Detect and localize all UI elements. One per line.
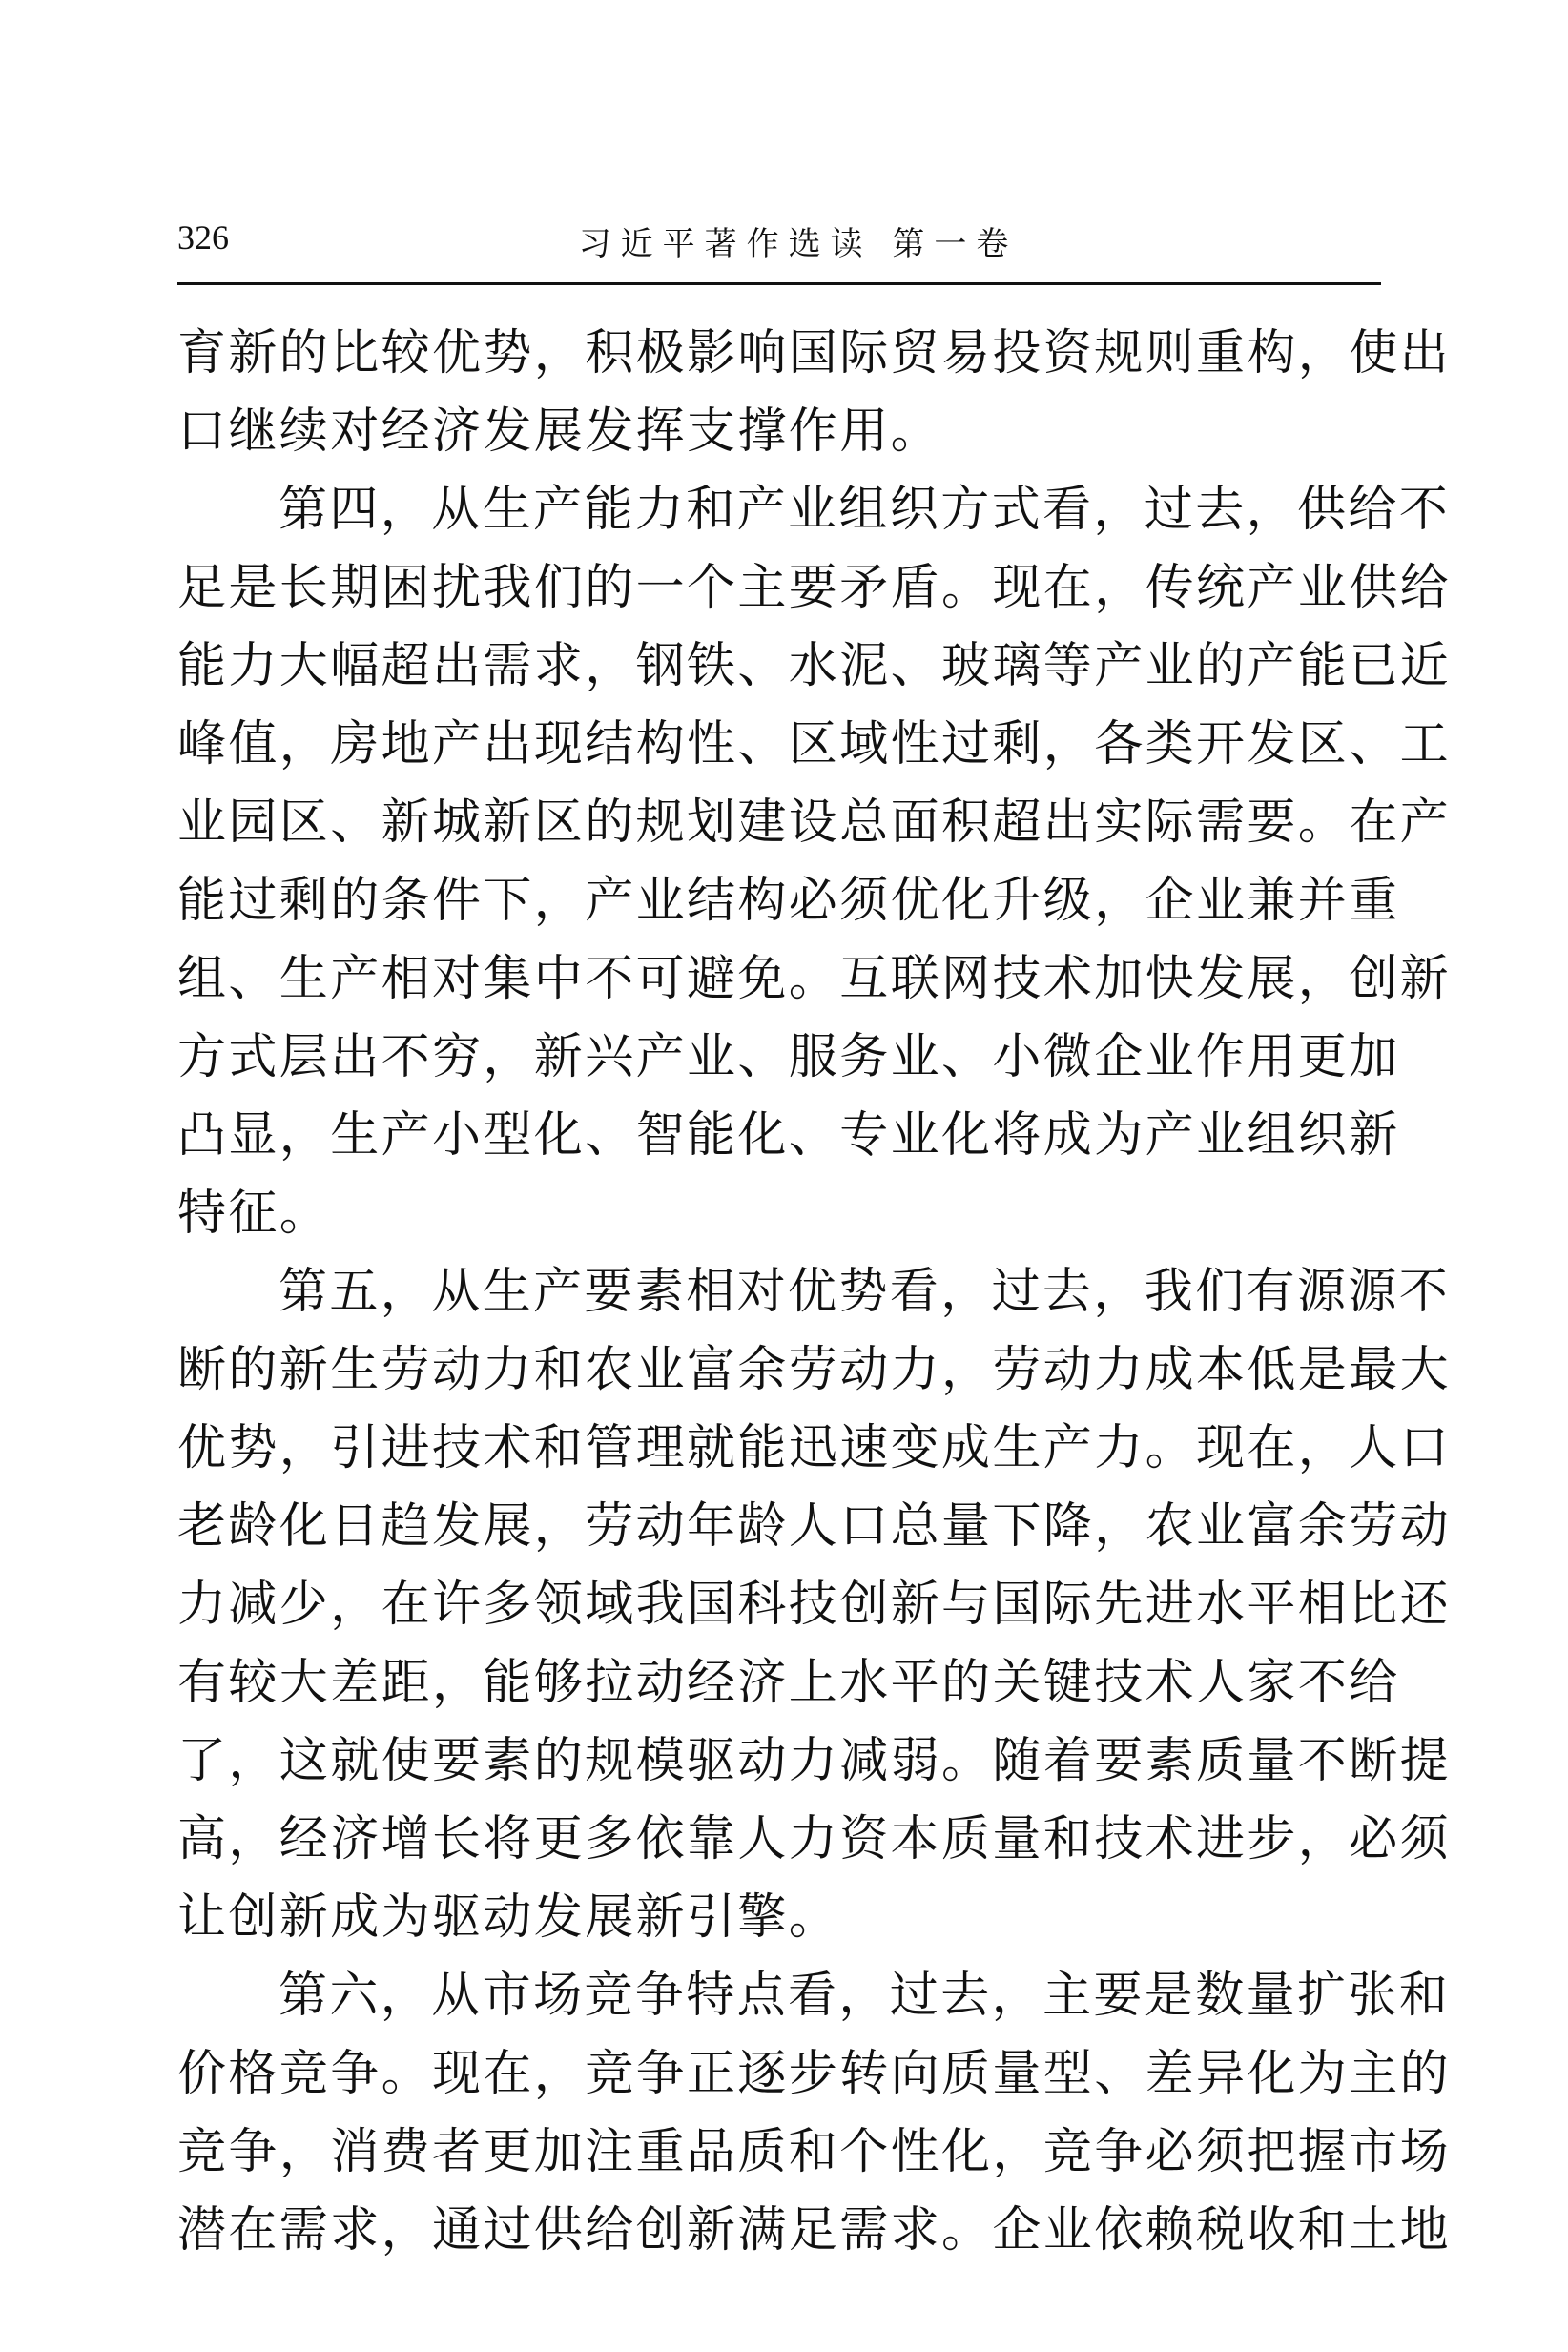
- text-line: 育新的比较优势，积极影响国际贸易投资规则重构，使出: [177, 322, 1381, 401]
- text-line: 断的新生劳动力和农业富余劳动力，劳动力成本低是最大: [177, 1339, 1381, 1417]
- text-line: 高，经济增长将更多依靠人力资本质量和技术进步，必须: [177, 1808, 1381, 1887]
- running-title: 习近平著作选读 第一卷: [177, 217, 1381, 264]
- text-line: 价格竞争。现在，竞争正逐步转向质量型、差异化为主的: [177, 2043, 1381, 2121]
- text-line: 第六，从市场竞争特点看，过去，主要是数量扩张和: [177, 1965, 1381, 2043]
- text-line: 方式层出不穷，新兴产业、服务业、小微企业作用更加: [177, 1026, 1381, 1104]
- text-line: 潜在需求，通过供给创新满足需求。企业依赖税收和土地: [177, 2199, 1381, 2278]
- text-line: 让创新成为驱动发展新引擎。: [177, 1887, 1381, 1965]
- paragraph-continuation: 育新的比较优势，积极影响国际贸易投资规则重构，使出 口继续对经济发展发挥支撑作用…: [177, 322, 1381, 479]
- text-line: 了，这就使要素的规模驱动力减弱。随着要素质量不断提: [177, 1730, 1381, 1808]
- text-line: 优势，引进技术和管理就能迅速变成生产力。现在，人口: [177, 1417, 1381, 1496]
- body-text: 育新的比较优势，积极影响国际贸易投资规则重构，使出 口继续对经济发展发挥支撑作用…: [177, 322, 1381, 2278]
- text-line: 能力大幅超出需求，钢铁、水泥、玻璃等产业的产能已近: [177, 635, 1381, 713]
- text-line: 第五，从生产要素相对优势看，过去，我们有源源不: [177, 1261, 1381, 1339]
- text-line: 口继续对经济发展发挥支撑作用。: [177, 401, 1381, 479]
- header-rule: [177, 282, 1381, 285]
- paragraph-sixth: 第六，从市场竞争特点看，过去，主要是数量扩张和 价格竞争。现在，竞争正逐步转向质…: [177, 1965, 1381, 2278]
- text-line: 足是长期困扰我们的一个主要矛盾。现在，传统产业供给: [177, 557, 1381, 635]
- text-line: 能过剩的条件下，产业结构必须优化升级，企业兼并重: [177, 870, 1381, 948]
- page-header: 326 习近平著作选读 第一卷: [177, 212, 1381, 269]
- text-line: 力减少，在许多领域我国科技创新与国际先进水平相比还: [177, 1574, 1381, 1652]
- text-line: 竞争，消费者更加注重品质和个性化，竞争必须把握市场: [177, 2121, 1381, 2199]
- text-line: 业园区、新城新区的规划建设总面积超出实际需要。在产: [177, 792, 1381, 870]
- text-line: 凸显，生产小型化、智能化、专业化将成为产业组织新: [177, 1104, 1381, 1183]
- text-line: 老龄化日趋发展，劳动年龄人口总量下降，农业富余劳动: [177, 1496, 1381, 1574]
- text-line: 有较大差距，能够拉动经济上水平的关键技术人家不给: [177, 1652, 1381, 1730]
- text-line: 第四，从生产能力和产业组织方式看，过去，供给不: [177, 479, 1381, 557]
- text-line: 组、生产相对集中不可避免。互联网技术加快发展，创新: [177, 948, 1381, 1026]
- paragraph-fourth: 第四，从生产能力和产业组织方式看，过去，供给不 足是长期困扰我们的一个主要矛盾。…: [177, 479, 1381, 1261]
- text-line: 峰值，房地产出现结构性、区域性过剩，各类开发区、工: [177, 713, 1381, 792]
- paragraph-fifth: 第五，从生产要素相对优势看，过去，我们有源源不 断的新生劳动力和农业富余劳动力，…: [177, 1261, 1381, 1965]
- text-line: 特征。: [177, 1183, 1381, 1261]
